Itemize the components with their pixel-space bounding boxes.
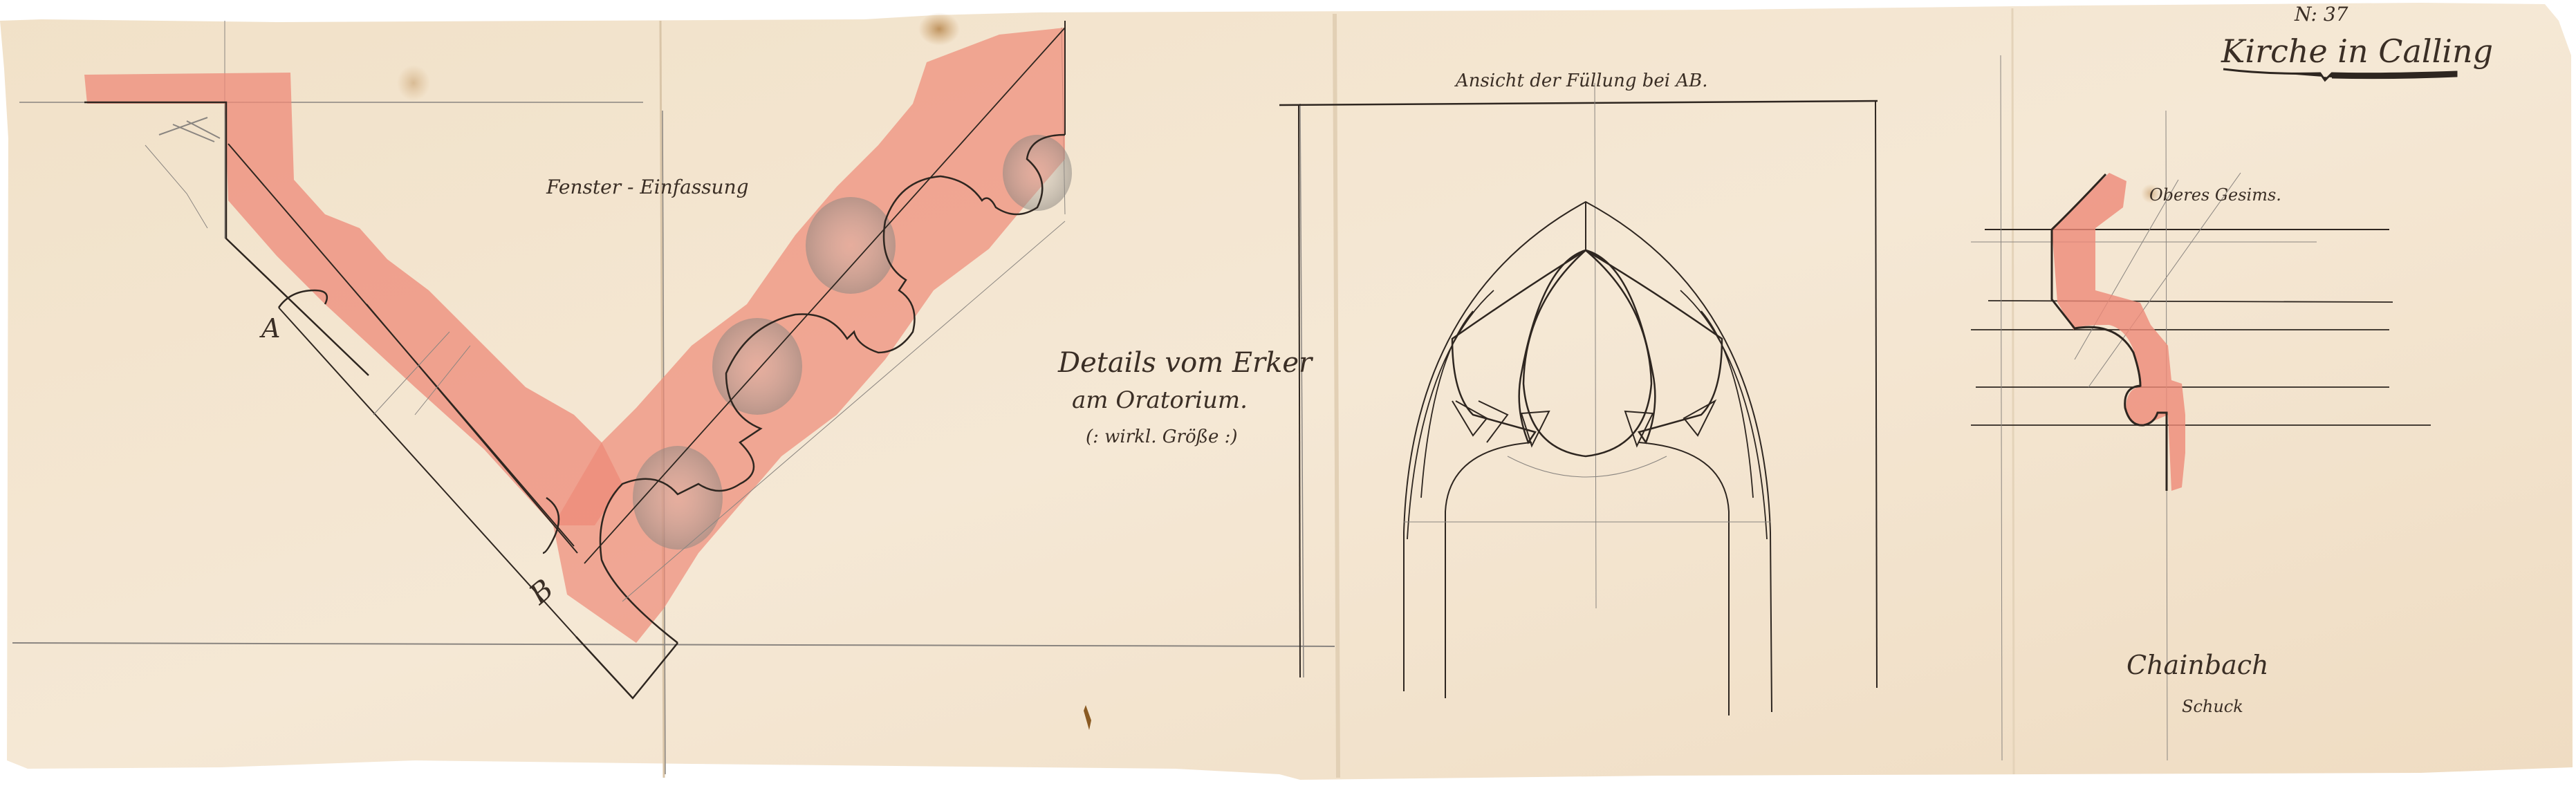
infill-elevation-label: Ansicht der Füllung bei AB. xyxy=(1454,71,1708,91)
point-a-label: A xyxy=(259,313,280,344)
sheet-title: Kirche in Calling xyxy=(2221,32,2493,70)
upper-cornice-label: Oberes Gesims. xyxy=(2149,185,2281,205)
stain xyxy=(918,12,960,46)
signature-mark: Schuck xyxy=(2182,697,2243,716)
sheet-number: N: 37 xyxy=(2294,3,2348,26)
window-frame-label: Fenster - Einfassung xyxy=(546,176,749,198)
stain xyxy=(397,65,430,101)
caption-oratorium: am Oratorium. xyxy=(1072,386,1248,414)
drawing-sheet: Fenster - Einfassung A B Details vom Erk… xyxy=(0,0,2576,786)
caption-actual-size: (: wirkl. Größe :) xyxy=(1086,427,1238,447)
paper-fold-3 xyxy=(2012,8,2014,774)
signature-name: Chainbach xyxy=(2126,650,2269,680)
caption-details-erker: Details vom Erker xyxy=(1057,347,1314,379)
